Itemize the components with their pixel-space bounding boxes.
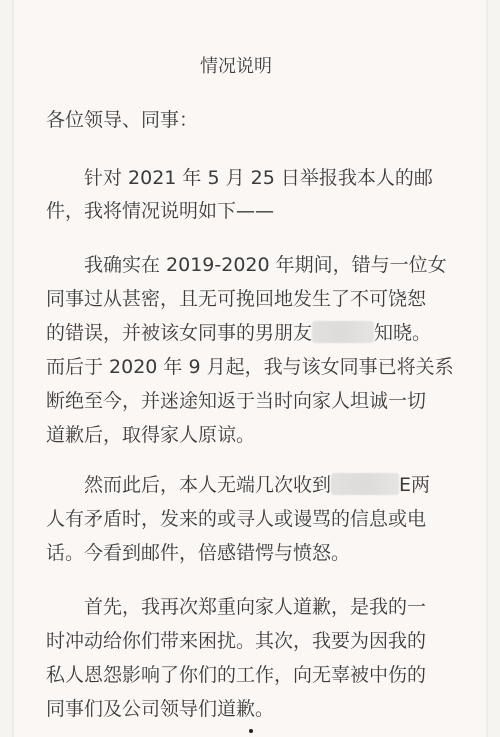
paragraph-text: E两	[399, 474, 430, 496]
paragraph-line: 而后于 2020 年 9 月起，我与该女同事已将关系	[46, 352, 454, 379]
paragraph-text: 知晓。	[374, 322, 431, 344]
redacted-name-block	[331, 473, 399, 495]
page-indicator-dot	[249, 729, 253, 733]
paragraph-line: 我确实在 2019-2020 年期间，错与一位女	[84, 250, 447, 277]
document-title: 情况说明	[200, 52, 400, 78]
paragraph-text: 然而此后，本人无端几次收到	[84, 474, 331, 496]
paragraph-line-with-redaction: 的错误，并被该女同事的男朋友知晓。	[46, 318, 431, 345]
paragraph-line: 人有矛盾时，发来的或寻人或谩骂的信息或电	[46, 504, 426, 531]
paragraph-line: 断绝至今，并迷途知返于当时向家人坦诚一切	[46, 386, 426, 413]
document-body: 情况说明 各位领导、同事： 针对 2021 年 5 月 25 日举报我本人的邮 …	[0, 0, 500, 737]
paragraph-line: 针对 2021 年 5 月 25 日举报我本人的邮	[84, 163, 433, 190]
paragraph-line: 话。今看到邮件，倍感错愕与愤怒。	[46, 538, 350, 565]
paragraph-line: 同事们及公司领导们道歉。	[46, 694, 274, 721]
paragraph-line-with-redaction: 然而此后，本人无端几次收到E两	[84, 470, 430, 497]
paragraph-line: 道歉后，取得家人原谅。	[46, 420, 255, 447]
redacted-name-block	[312, 321, 374, 343]
paragraph-line: 时冲动给你们带来困扰。其次，我要为因我的	[46, 626, 426, 653]
paragraph-text: 的错误，并被该女同事的男朋友	[46, 322, 312, 344]
paragraph-line: 同事过从甚密，且无可挽回地发生了不可饶恕	[46, 284, 426, 311]
paragraph-line: 件，我将情况说明如下——	[46, 196, 274, 223]
salutation: 各位领导、同事：	[46, 105, 198, 132]
paragraph-line: 私人恩怨影响了你们的工作，向无辜被中伤的	[46, 660, 426, 687]
paragraph-line: 首先，我再次郑重向家人道歉，是我的一	[84, 592, 426, 619]
